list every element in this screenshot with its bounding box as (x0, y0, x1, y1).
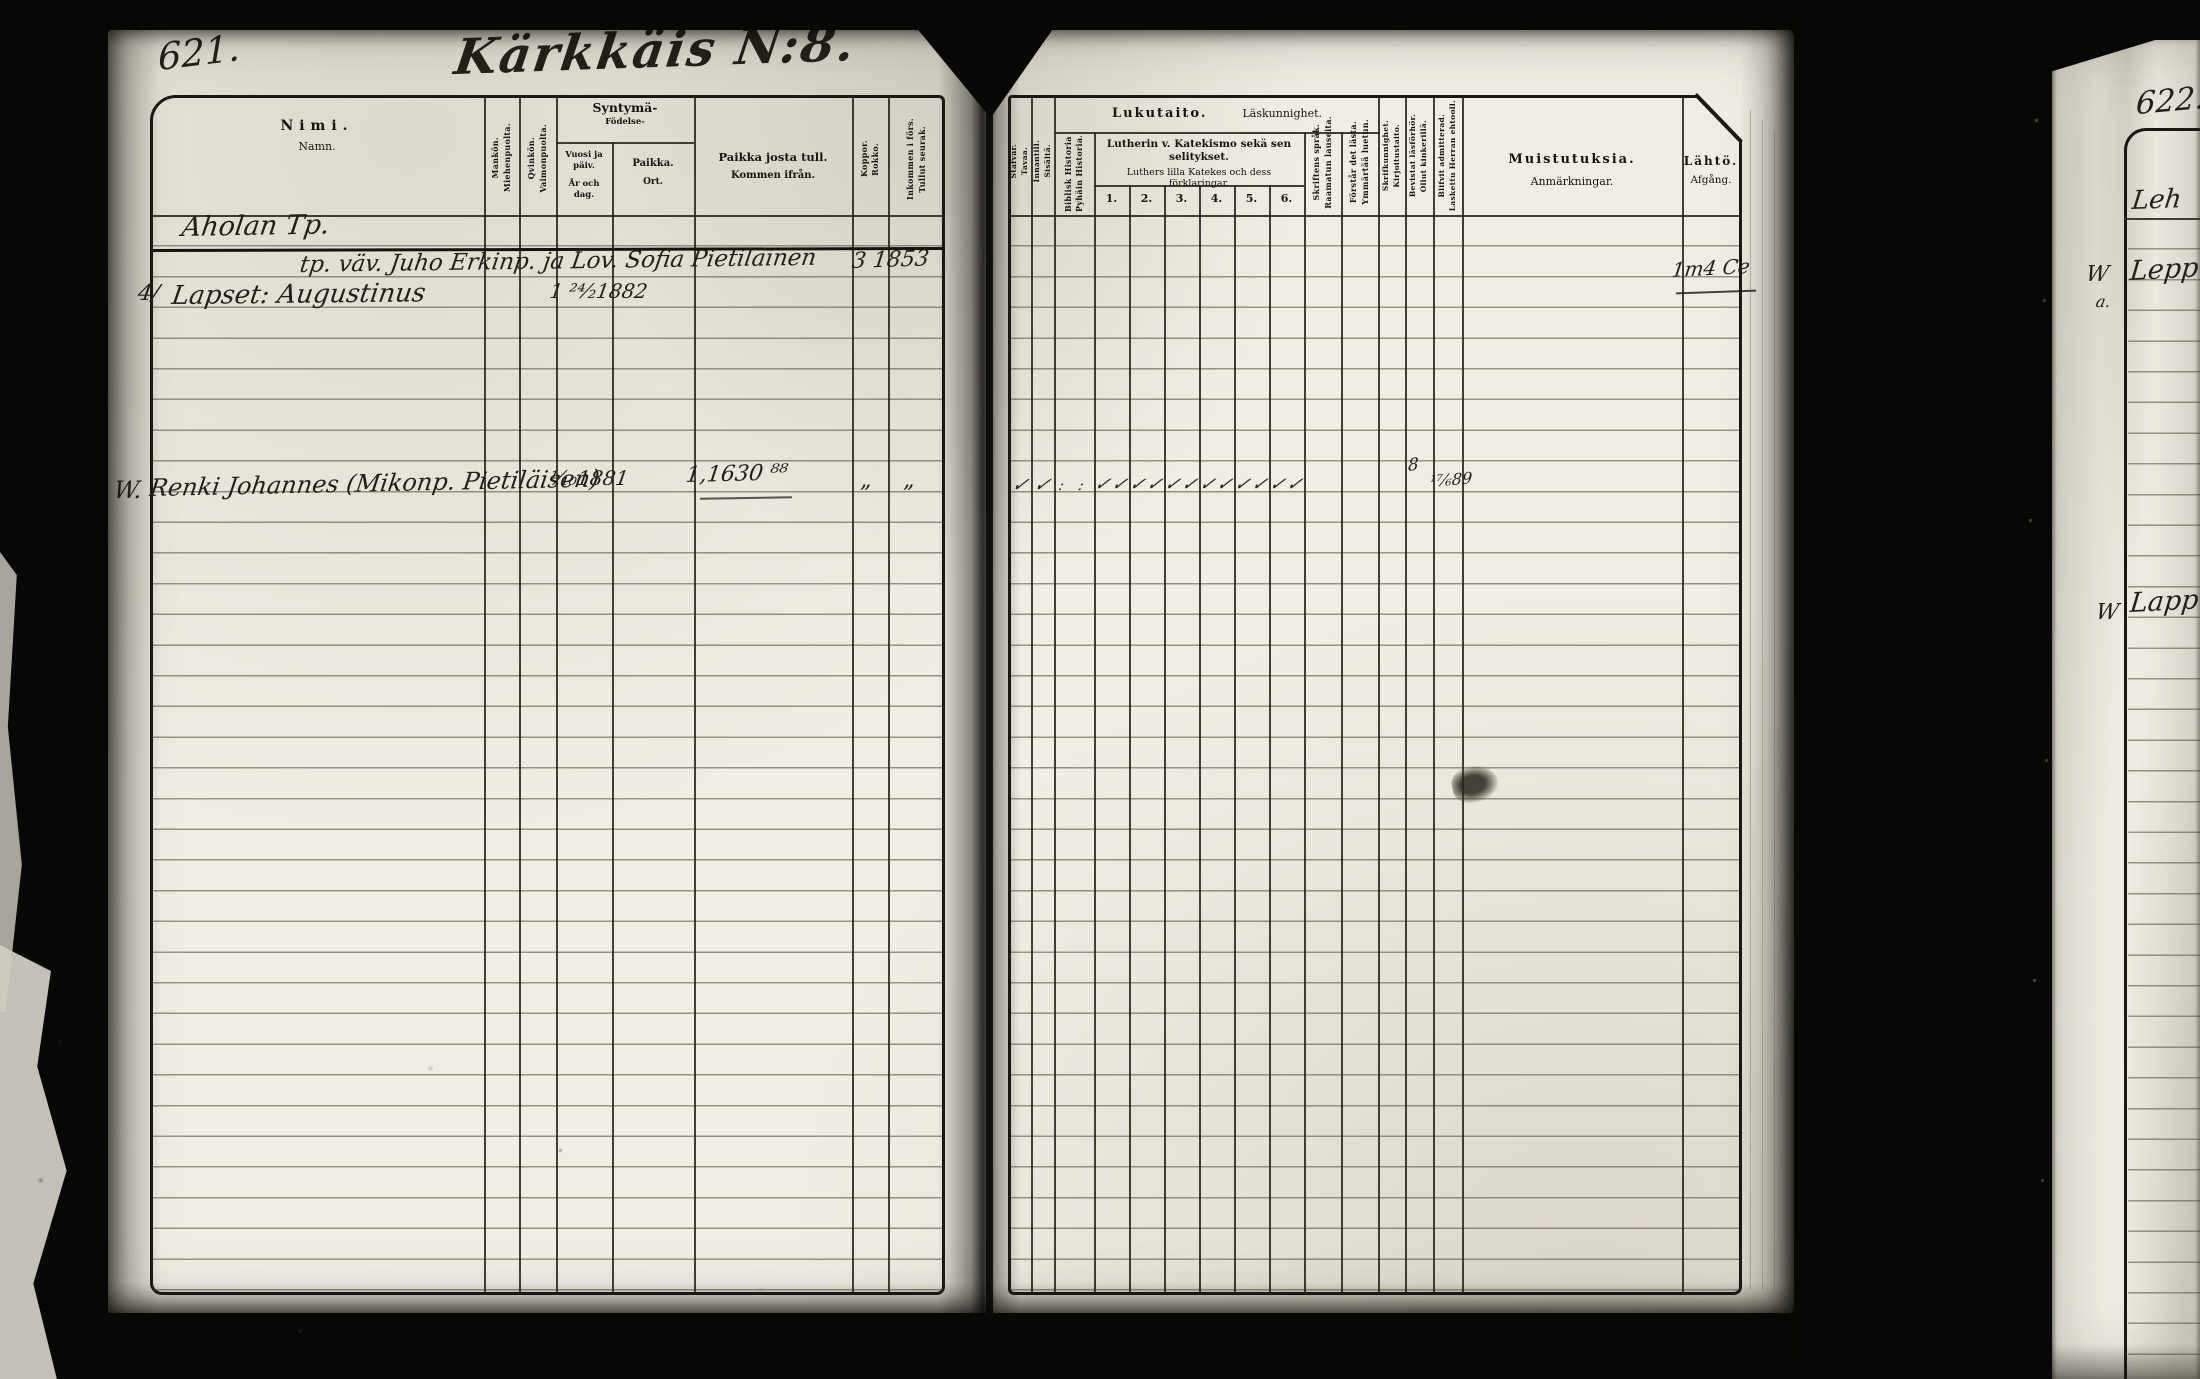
gutter-speckles (0, 0, 1, 1)
column-header-birthplace-sv: Ort. (612, 177, 694, 187)
row2-catechism-mark-2: ✓✓ (1127, 474, 1166, 495)
column-header-birthdate-sv: År och dag. (557, 179, 611, 201)
catechism-col-1: 1. (1094, 192, 1129, 205)
grid-line-v (612, 142, 614, 1293)
column-header-comprehension-sv: Förstår det lästa. (1349, 121, 1358, 203)
column-header-remarks: Muistutuksia. Anmärkningar. (1462, 152, 1682, 188)
scan-gutter-right (1794, 0, 2052, 1379)
row2-birth-date: ¹⁄₁₀1881 (548, 466, 630, 490)
parents-entry-year: 3 1853 (850, 246, 930, 274)
column-header-male-sv: Mankön. (491, 137, 500, 178)
column-header-bible-history-sv: Biblisk Historia. (1064, 136, 1073, 212)
page-edge-lines (1762, 120, 1763, 1290)
section-header-reading-fi: Lukutaito. (1112, 106, 1207, 121)
row2-vaccination-ditto: „ (860, 468, 871, 493)
grid-line-v (1462, 97, 1464, 1293)
column-header-remarks-sv: Anmärkningar. (1462, 175, 1682, 188)
column-header-writing-fi: Kirjoitustaito. (1393, 124, 1402, 188)
column-header-writing-sv: Skrifkunnighet. (1382, 120, 1391, 191)
column-header-reads-inside-sv: Innantill. (1033, 140, 1042, 182)
page-edge-lines (1750, 110, 1751, 1290)
column-header-vaccination-sv: Koppor. (860, 140, 869, 177)
column-header-catechetical-meetings-sv: Bevistat läsförhör. (1409, 114, 1418, 197)
grid-line-v (1304, 132, 1306, 1293)
column-header-female-fi: Vaimonpuolta. (539, 124, 548, 193)
grid-line-v (1031, 97, 1033, 1293)
column-header-admitted-communion-fi: Laskettu Herran ehtooll. (1449, 100, 1458, 211)
page622-margin-note-3: W (2094, 600, 2121, 625)
column-header-female: Qvinkön. Vaimonpuolta. (520, 105, 555, 211)
grid-line-v (1433, 97, 1435, 1293)
grid-line-v (1405, 97, 1407, 1293)
page-edge-lines (1774, 130, 1775, 1290)
catechism-col-3: 3. (1164, 192, 1199, 205)
column-header-moved-in-sv: Inkommen i förs. (906, 118, 915, 200)
column-header-bible-history: Biblisk Historia. Pyhäin Historia. (1055, 136, 1093, 212)
page622-margin-note-1: W (2084, 262, 2111, 287)
row2-catechism-mark-5: ✓✓ (1232, 474, 1271, 495)
catechism-col-4: 4. (1199, 192, 1234, 205)
grid-line-v (484, 97, 486, 1293)
column-group-birth-fi: Syntymä- (556, 100, 694, 115)
page622-margin-note-2: a. (2094, 292, 2112, 311)
row1-birth-date: 1 ²⁴⁄₂1882 (548, 279, 649, 303)
row2-catechism-mark-4: ✓✓ (1197, 474, 1236, 495)
column-header-admitted-communion-sv: Blifvit admitterad. (1438, 114, 1447, 198)
grid-line-v (1094, 132, 1096, 1293)
column-group-catechism: Lutherin v. Katekismo sekä sen selitykse… (1096, 138, 1302, 189)
column-header-came-from: Paikka josta tull. Kommen ifrån. (694, 150, 852, 181)
column-header-male-fi: Miehenpuolta. (503, 123, 512, 192)
column-header-reads-inside-fi: Sisältä. (1044, 144, 1053, 178)
column-header-catechetical-meetings-fi: Ollut kinkerillä. (1420, 120, 1429, 192)
column-header-scripture-verses: Skriftens språk. Raamatun lauseita. (1305, 112, 1340, 212)
grid-line-v (888, 97, 890, 1293)
column-header-scripture-verses-fi: Raamatun lauseita. (1324, 116, 1333, 209)
column-group-catechism-fi: Lutherin v. Katekismo sekä sen selitykse… (1096, 138, 1302, 164)
row1-departure-note: 1m4 Ce (1670, 254, 1751, 282)
scanned-parish-register: 621. Kärkkäis N:8. Nimi. Namn. Mankön. M… (0, 0, 2200, 1379)
column-header-departure-fi: Lähtö. (1682, 154, 1740, 168)
row2-catechism-mark-6: ✓✓ (1267, 474, 1306, 495)
grid-line-v (556, 97, 558, 1293)
column-group-birth-sv: Födelse- (556, 117, 694, 127)
row1-name: Lapset: Augustinus (170, 278, 428, 311)
page622-row2-script: Lapp (2128, 584, 2200, 619)
row2-catechism-mark-1: ✓✓ (1092, 474, 1131, 495)
column-header-departure: Lähtö. Afgång. (1682, 154, 1740, 186)
grid-line-v (1129, 185, 1131, 1293)
column-header-comprehension: Förstår det lästa. Ymmärtää luetun. (1342, 112, 1377, 212)
column-header-catechetical-meetings: Bevistat läsförhör. Ollut kinkerillä. (1406, 100, 1432, 212)
column-group-catechism-sv: Luthers lilla Katekes och dess förklarin… (1096, 167, 1302, 189)
column-group-birth: Syntymä- Födelse- (556, 100, 694, 127)
right-page-number: 622. (2135, 80, 2200, 122)
column-header-admitted-communion: Blifvit admitterad. Laskettu Herran ehto… (1434, 100, 1461, 212)
column-header-came-from-fi: Paikka josta tull. (694, 150, 852, 164)
grid-line-v (694, 97, 696, 1293)
grid-line-h (1010, 215, 1740, 217)
grid-line-v (1341, 132, 1343, 1293)
column-header-departure-sv: Afgång. (1682, 174, 1740, 186)
column-header-birthdate-fi: Vuosi ja päiv. (557, 150, 611, 172)
book-fold-line (986, 28, 993, 1316)
column-header-vaccination-fi: Rokko. (871, 143, 880, 176)
row2-moved-in-ditto: „ (903, 468, 914, 493)
column-header-remarks-fi: Muistutuksia. (1462, 152, 1682, 167)
page622-header-script: Leh (2130, 184, 2200, 217)
column-header-name-fi: Nimi. (152, 118, 482, 134)
column-header-name-sv: Namn. (152, 140, 482, 153)
grid-line-v (1234, 185, 1236, 1293)
column-header-birthdate: Vuosi ja päiv. År och dag. (557, 150, 611, 201)
column-header-came-from-sv: Kommen ifrån. (694, 170, 852, 181)
column-header-moved-in: Inkommen i förs. Tullut seurak. (889, 104, 944, 214)
column-header-reads-inside: Innantill. Sisältä. (1032, 110, 1053, 212)
grid-line-h (556, 142, 694, 144)
column-header-male: Mankön. Miehenpuolta. (485, 105, 518, 211)
catechism-col-2: 2. (1129, 192, 1164, 205)
right-page-ruled-rows (2128, 219, 2200, 1379)
right-table-ruled-rows (1011, 216, 1739, 1292)
column-header-spelling: Stafvar. Tavaa. (1009, 110, 1030, 212)
column-header-birthplace-fi: Paikka. (612, 158, 694, 169)
row2-margin-note: W. (112, 476, 145, 504)
grid-line-v (1164, 185, 1166, 1293)
row2-meetings-mark: 8 (1408, 454, 1419, 476)
column-header-writing: Skrifkunnighet. Kirjoitustaito. (1379, 100, 1404, 212)
catechism-col-6: 6. (1269, 192, 1304, 205)
column-header-bible-history-fi: Pyhäin Historia. (1075, 136, 1084, 212)
grid-line-v (852, 97, 854, 1293)
row2-admitted-date: ¹⁷⁄₆89 (1429, 468, 1472, 491)
column-header-spelling-fi: Tavaa. (1021, 147, 1030, 175)
column-header-vaccination: Koppor. Rokko. (853, 108, 887, 210)
column-header-moved-in-fi: Tullut seurak. (918, 126, 927, 193)
grid-line-v (1199, 185, 1201, 1293)
grid-line-v (1054, 97, 1056, 1293)
row2-bible-history-mark: : : (1053, 476, 1094, 494)
column-header-comprehension-fi: Ymmärtää luetun. (1361, 119, 1370, 205)
column-header-scripture-verses-sv: Skriftens språk. (1312, 124, 1321, 201)
grid-line-v (519, 97, 521, 1293)
farm-section-heading: Aholan Tp. (180, 209, 332, 243)
column-header-name: Nimi. Namn. (152, 118, 482, 153)
column-header-birthplace: Paikka. Ort. (612, 158, 694, 187)
catechism-col-5: 5. (1234, 192, 1269, 205)
row1-margin-note: 4/ (136, 281, 161, 306)
row2-came-from-ref: 1,1630 ⁸⁸ (684, 460, 789, 488)
column-header-female-sv: Qvinkön. (527, 137, 536, 179)
page622-row1-script: Lepp (2128, 252, 2200, 287)
scan-edge-bottom (0, 1313, 1796, 1379)
book-fold-shadow (938, 28, 1020, 1316)
row2-catechism-mark-3: ✓✓ (1162, 474, 1201, 495)
left-table-ruled-rows (153, 216, 942, 1292)
column-header-spelling-sv: Stafvar. (1010, 144, 1019, 178)
grid-line-v (1378, 97, 1380, 1293)
grid-line-v (1269, 185, 1271, 1293)
